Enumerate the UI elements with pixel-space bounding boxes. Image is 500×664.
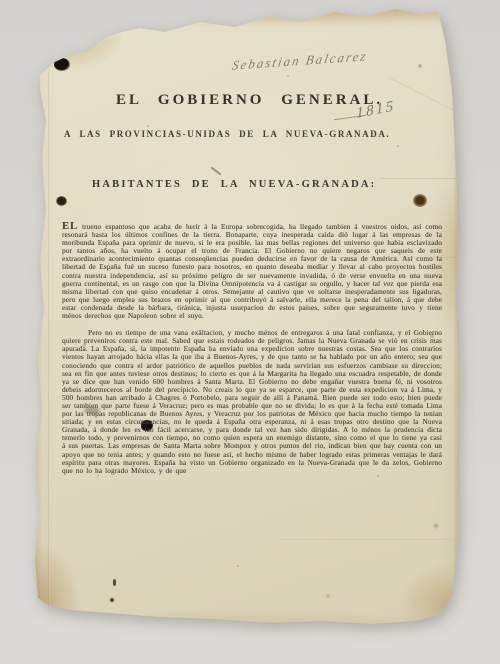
paper-shadow-wrap: Sebastian Balcarez 1815 EL GOBIERNO GENE…	[0, 0, 500, 664]
document-subtitle: A LAS PROVINCIAS-UNIDAS DE LA NUEVA-GRAN…	[64, 129, 390, 139]
ink-speck	[110, 598, 114, 602]
ink-speck	[113, 579, 116, 586]
document-title: EL GOBIERNO GENERAL.	[116, 92, 383, 109]
paragraph-1: EL trueno espantoso que acaba de herir á…	[62, 223, 442, 320]
crease-line	[388, 77, 464, 117]
crease-line	[278, 539, 454, 541]
paragraph-2: Pero no es tiempo de una vana exâltacion…	[62, 329, 442, 475]
paragraph-1-text: trueno espantoso que acaba de herir á la…	[62, 223, 442, 320]
crease-line	[380, 178, 458, 180]
wormhole-right-spot	[413, 194, 427, 207]
document-page: Sebastian Balcarez 1815 EL GOBIERNO GENE…	[28, 6, 464, 642]
wormhole-left-spot	[56, 196, 67, 206]
torn-corner-hole	[54, 58, 70, 71]
document-salutation: HABITANTES DE LA NUEVA-GRANADA:	[92, 179, 376, 190]
pen-mark	[211, 167, 222, 176]
vertical-fold-line	[48, 66, 50, 614]
photo-backdrop: Sebastian Balcarez 1815 EL GOBIERNO GENE…	[0, 0, 500, 664]
handwritten-signature: Sebastian Balcarez	[231, 42, 453, 74]
document-body: EL trueno espantoso que acaba de herir á…	[62, 223, 442, 475]
